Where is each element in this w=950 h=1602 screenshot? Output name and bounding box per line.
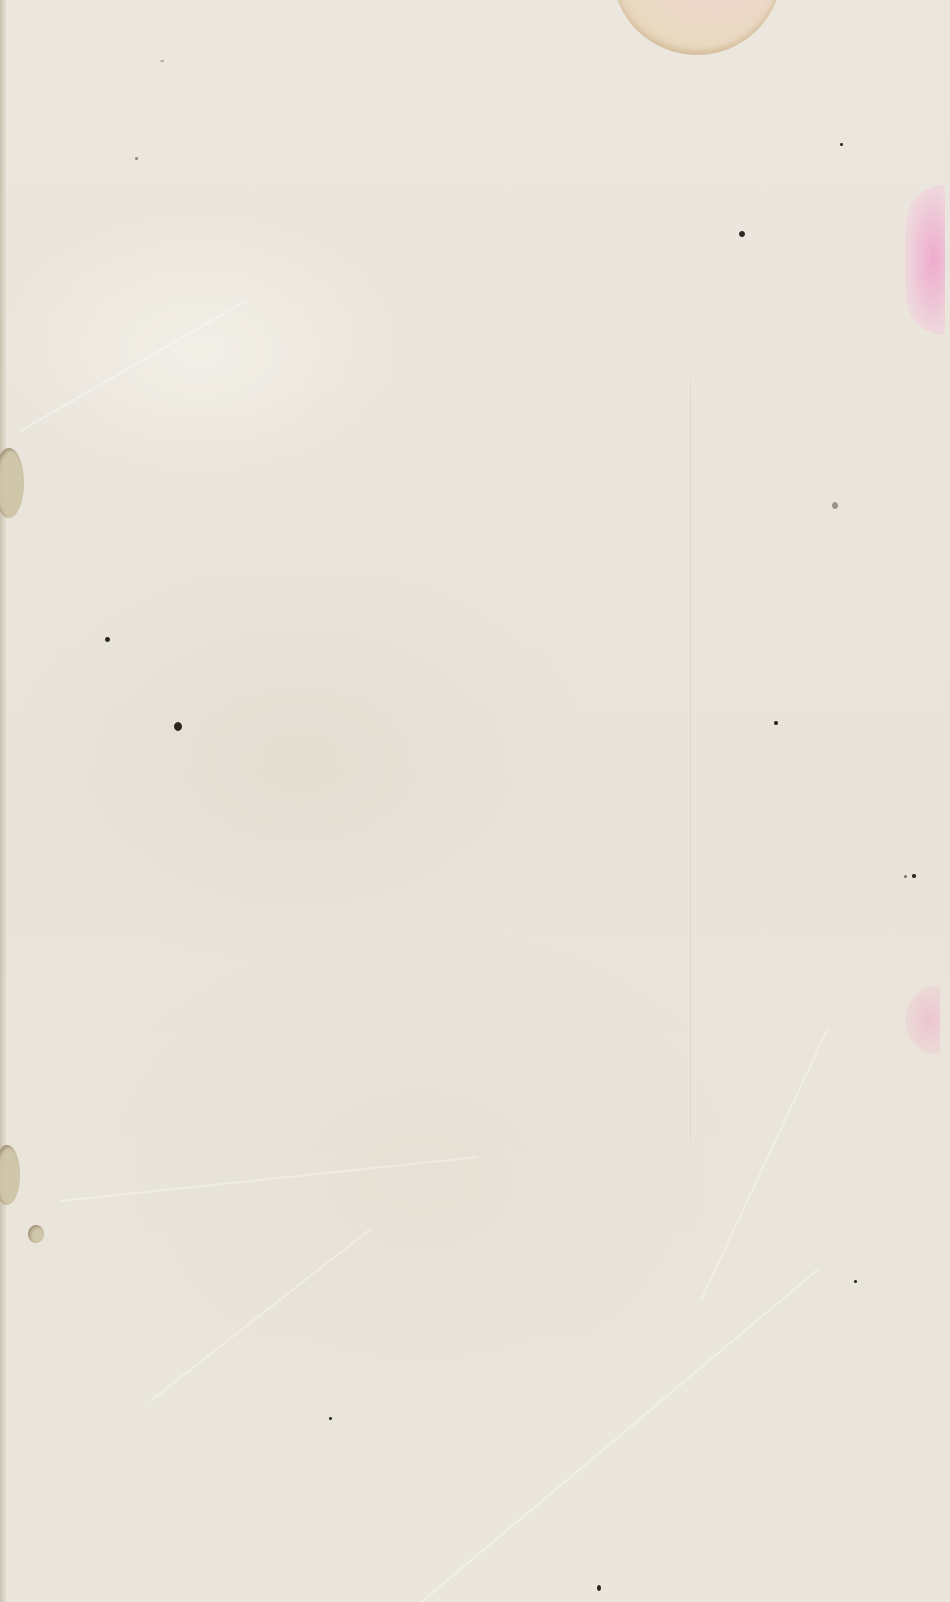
binding-hole [0,1145,20,1205]
tea-stain [612,0,782,55]
binding-hole [28,1225,44,1243]
binding-hole [0,448,24,518]
ink-speck [904,875,907,878]
ink-speck [854,1280,857,1283]
ink-speck [105,637,110,642]
paper-page: ″ [0,0,950,1602]
paper-crease [690,380,691,1140]
ink-speck [739,231,745,237]
paper-fold [150,1228,372,1402]
faint-mark: ″ [160,58,163,72]
ink-speck [774,721,778,725]
ink-speck [329,1417,332,1420]
paper-fold [420,1268,820,1602]
paper-fold [20,300,246,432]
ink-speck [912,874,916,878]
ink-speck [840,143,843,146]
ink-speck [832,502,838,509]
paper-fold [700,1028,829,1301]
pink-stain [905,985,940,1055]
pink-stain [905,185,945,335]
binding-edge [0,0,6,1602]
paper-fold [60,1156,478,1202]
ink-speck [174,722,182,731]
ink-speck [597,1585,601,1591]
ink-speck [135,157,138,160]
